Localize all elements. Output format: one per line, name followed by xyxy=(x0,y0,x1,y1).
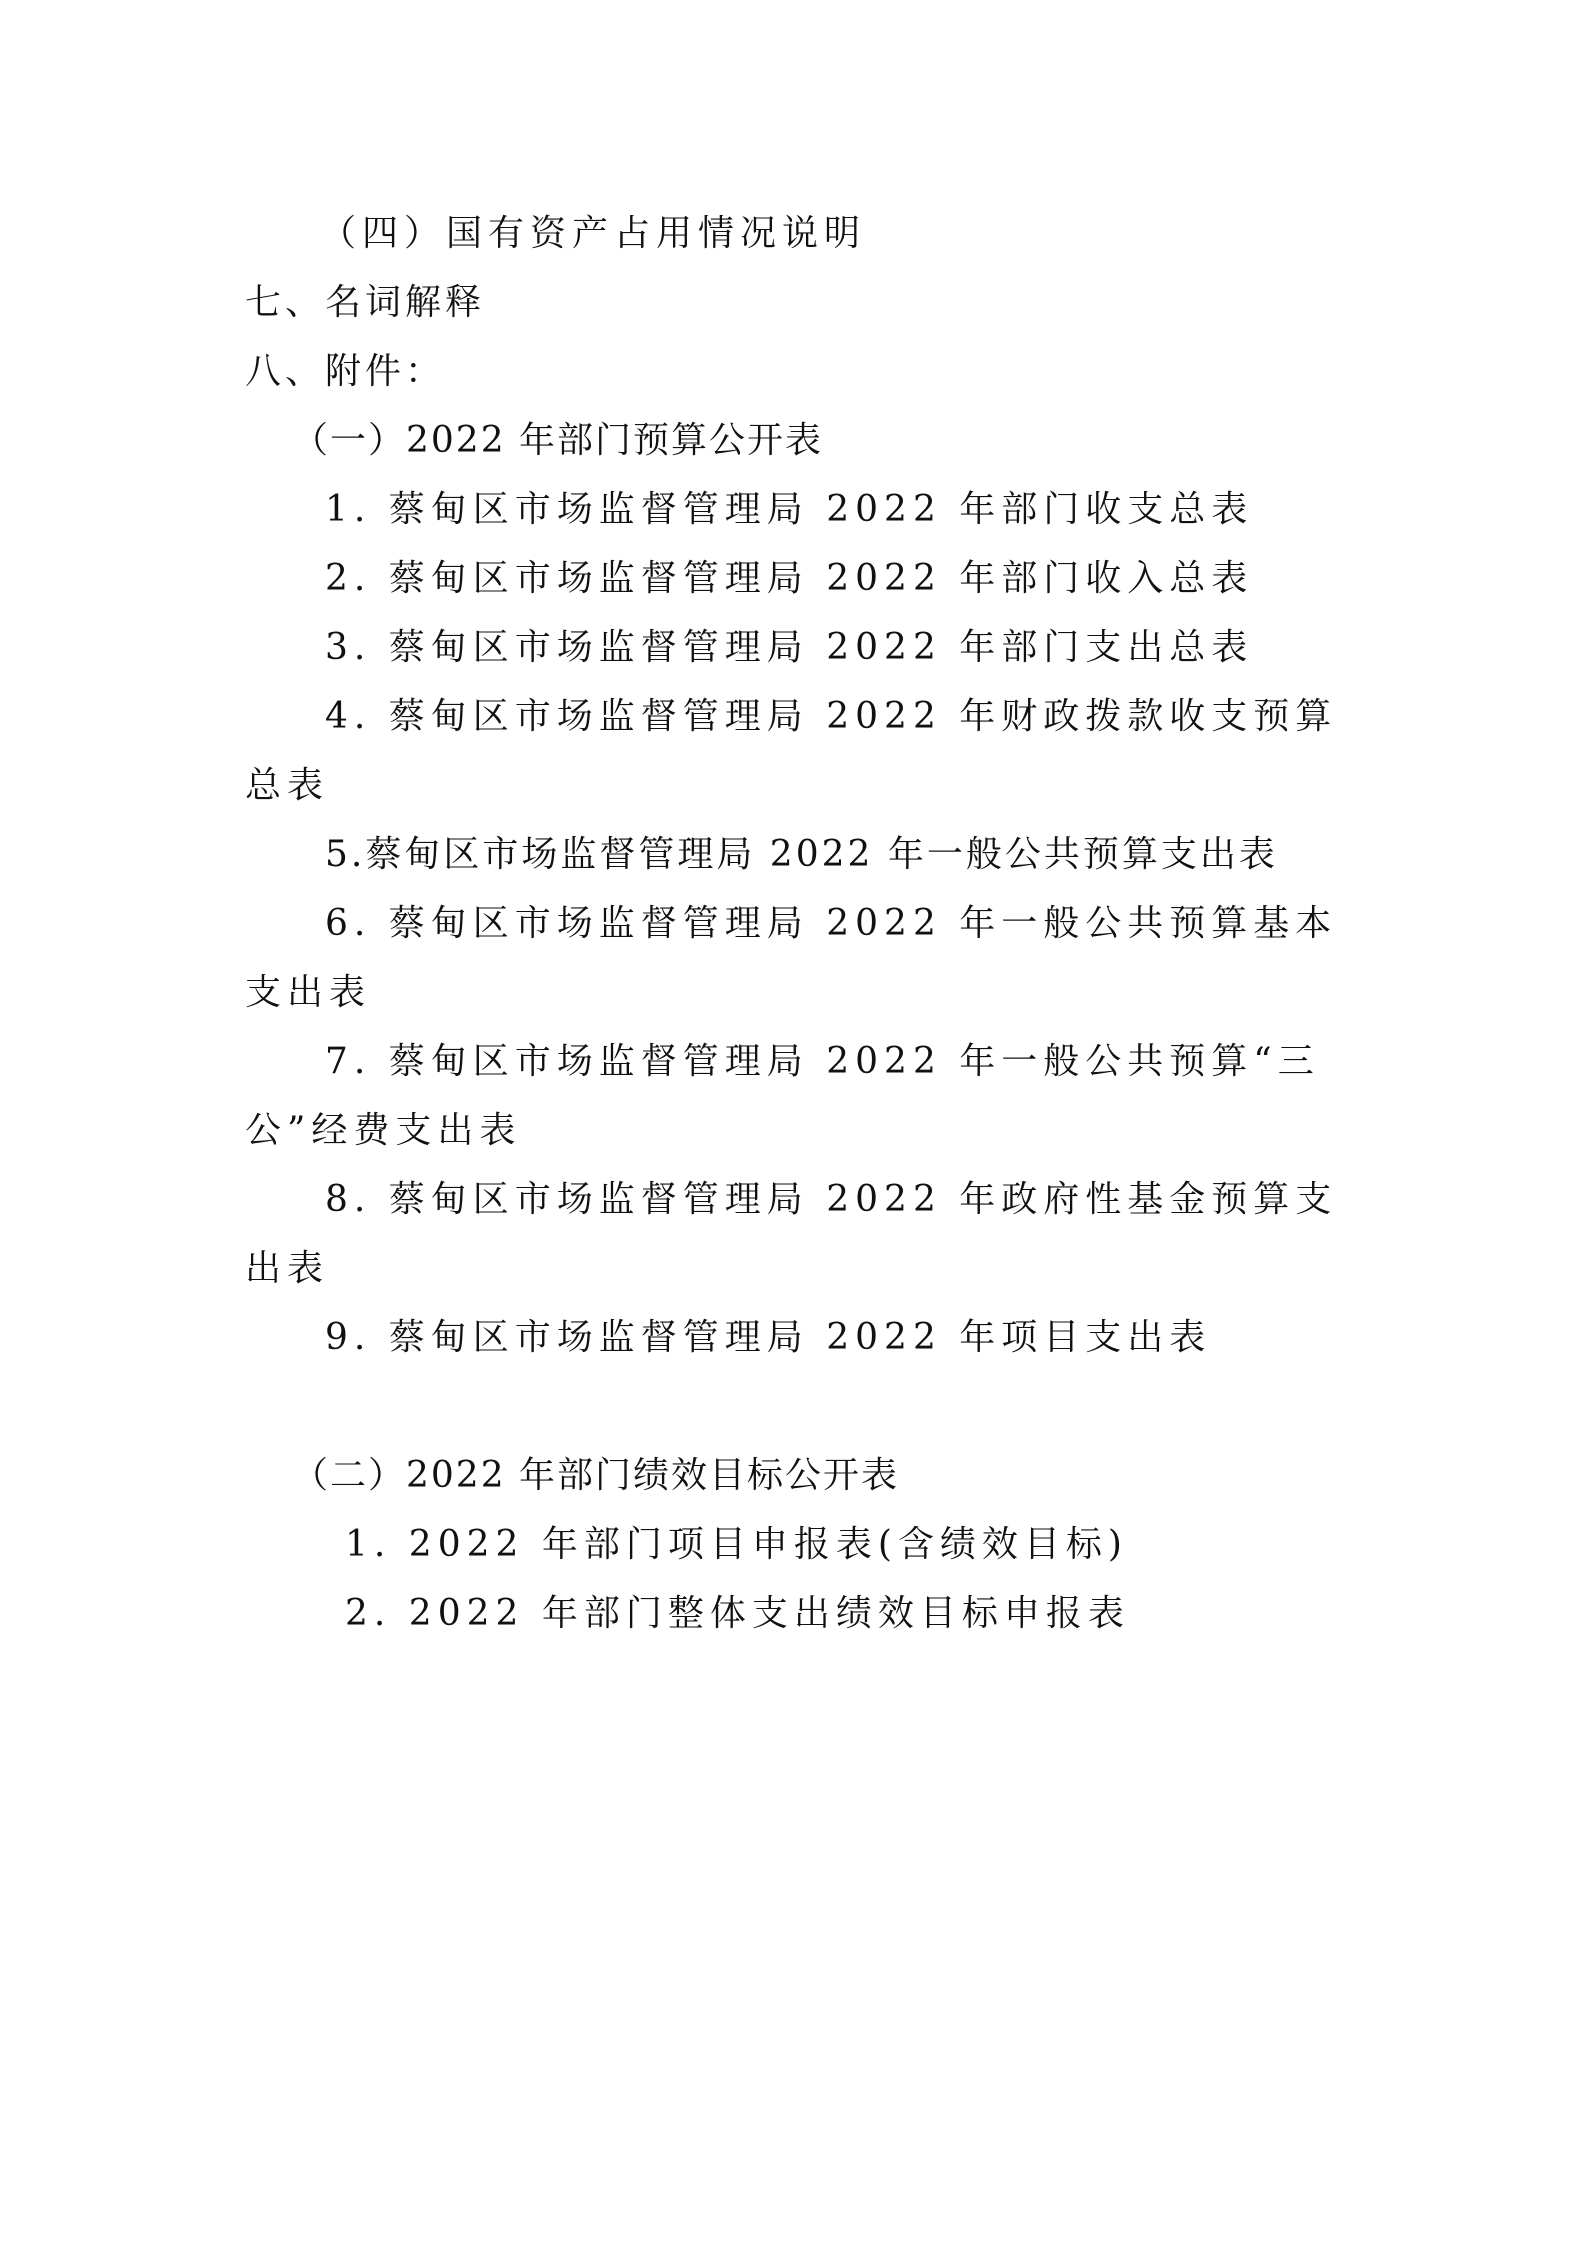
list-item-budget-7: 7. 蔡甸区市场监督管理局 2022 年一般公共预算“三 xyxy=(325,1040,1430,1084)
list-item-budget-6: 6. 蔡甸区市场监督管理局 2022 年一般公共预算基本 xyxy=(325,902,1430,946)
list-item-budget-2: 2. 蔡甸区市场监督管理局 2022 年部门收入总表 xyxy=(325,557,1430,601)
subsection-performance-tables: （二）2022 年部门绩效目标公开表 xyxy=(292,1454,1397,1498)
list-item-performance-2: 2. 2022 年部门整体支出绩效目标申报表 xyxy=(345,1592,1450,1636)
list-item-budget-4-cont: 总表 xyxy=(245,764,1350,808)
section-eight-attachments: 八、附件： xyxy=(245,350,1350,394)
document-page: （四）国有资产占用情况说明 七、名词解释 八、附件： （一）2022 年部门预算… xyxy=(0,0,1587,2245)
subsection-budget-tables: （一）2022 年部门预算公开表 xyxy=(292,419,1397,463)
list-item-budget-4: 4. 蔡甸区市场监督管理局 2022 年财政拨款收支预算 xyxy=(325,695,1430,739)
list-item-budget-9: 9. 蔡甸区市场监督管理局 2022 年项目支出表 xyxy=(325,1316,1430,1360)
list-item-budget-1: 1. 蔡甸区市场监督管理局 2022 年部门收支总表 xyxy=(325,488,1430,532)
list-item-budget-6-cont: 支出表 xyxy=(245,971,1350,1015)
list-item-budget-8-cont: 出表 xyxy=(245,1247,1350,1291)
list-item-budget-8: 8. 蔡甸区市场监督管理局 2022 年政府性基金预算支 xyxy=(325,1178,1430,1222)
section-asset-usage-note: （四）国有资产占用情况说明 xyxy=(320,212,1425,256)
list-item-performance-1: 1. 2022 年部门项目申报表(含绩效目标) xyxy=(345,1523,1450,1567)
section-seven-glossary: 七、名词解释 xyxy=(245,281,1350,325)
list-item-budget-3: 3. 蔡甸区市场监督管理局 2022 年部门支出总表 xyxy=(325,626,1430,670)
list-item-budget-5: 5.蔡甸区市场监督管理局 2022 年一般公共预算支出表 xyxy=(325,833,1430,877)
list-item-budget-7-cont: 公”经费支出表 xyxy=(245,1109,1350,1153)
